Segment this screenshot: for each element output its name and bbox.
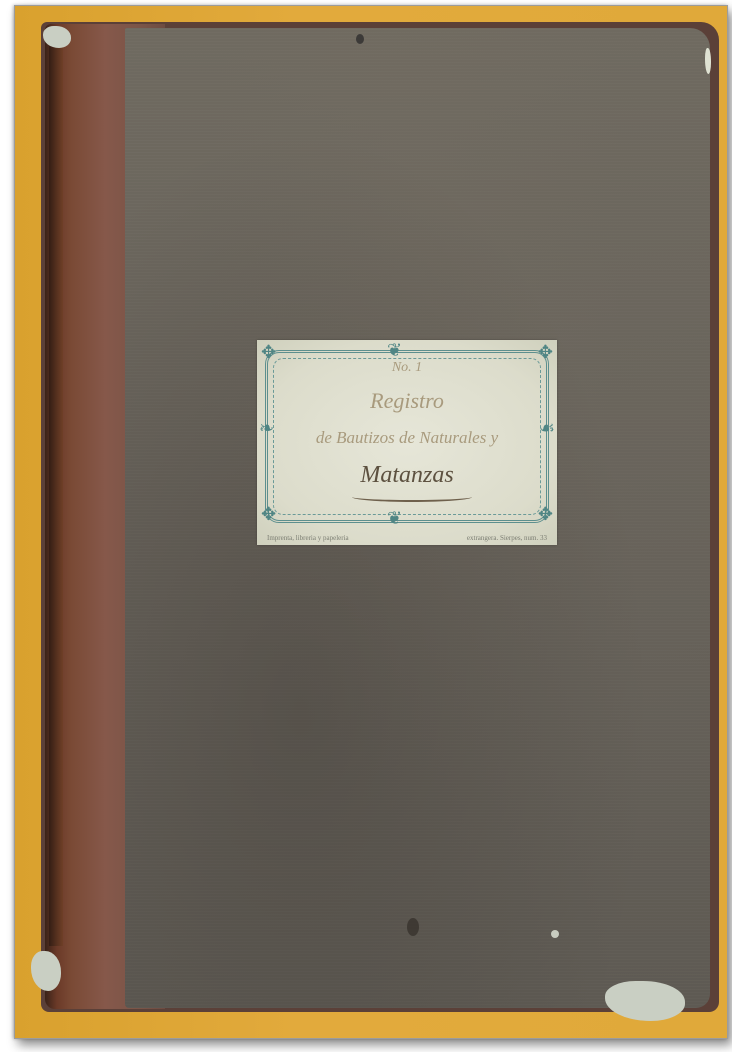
label-number: No. 1 (257, 360, 557, 376)
ornament-icon: ✥ (261, 506, 276, 524)
label-subtitle: de Bautizos de Naturales y (257, 428, 557, 448)
printer-imprint-right: extrangera. Sierpes, num. 33 (467, 534, 547, 542)
flourish-underline (352, 492, 472, 502)
stain (551, 930, 559, 938)
stain (407, 918, 419, 936)
spine-edge (49, 46, 63, 946)
printer-imprint-left: Imprenta, libreria y papeleria (267, 534, 349, 542)
worn-corner-top-left (43, 26, 71, 48)
worn-edge-top-right (705, 48, 711, 74)
tack-mark (356, 34, 364, 44)
ornament-icon: ❦ (387, 510, 402, 528)
worn-corner-bottom-left (31, 951, 61, 991)
ornament-icon: ❦ (387, 342, 402, 360)
book-label: ❦ ❦ ❧ ☙ ✥ ✥ ✥ ✥ No. 1 Registro de Bautiz… (257, 340, 557, 545)
ornament-icon: ✥ (538, 506, 553, 524)
label-place: Matanzas (257, 462, 557, 489)
label-title: Registro (257, 388, 557, 414)
worn-corner-bottom-right (605, 981, 685, 1021)
